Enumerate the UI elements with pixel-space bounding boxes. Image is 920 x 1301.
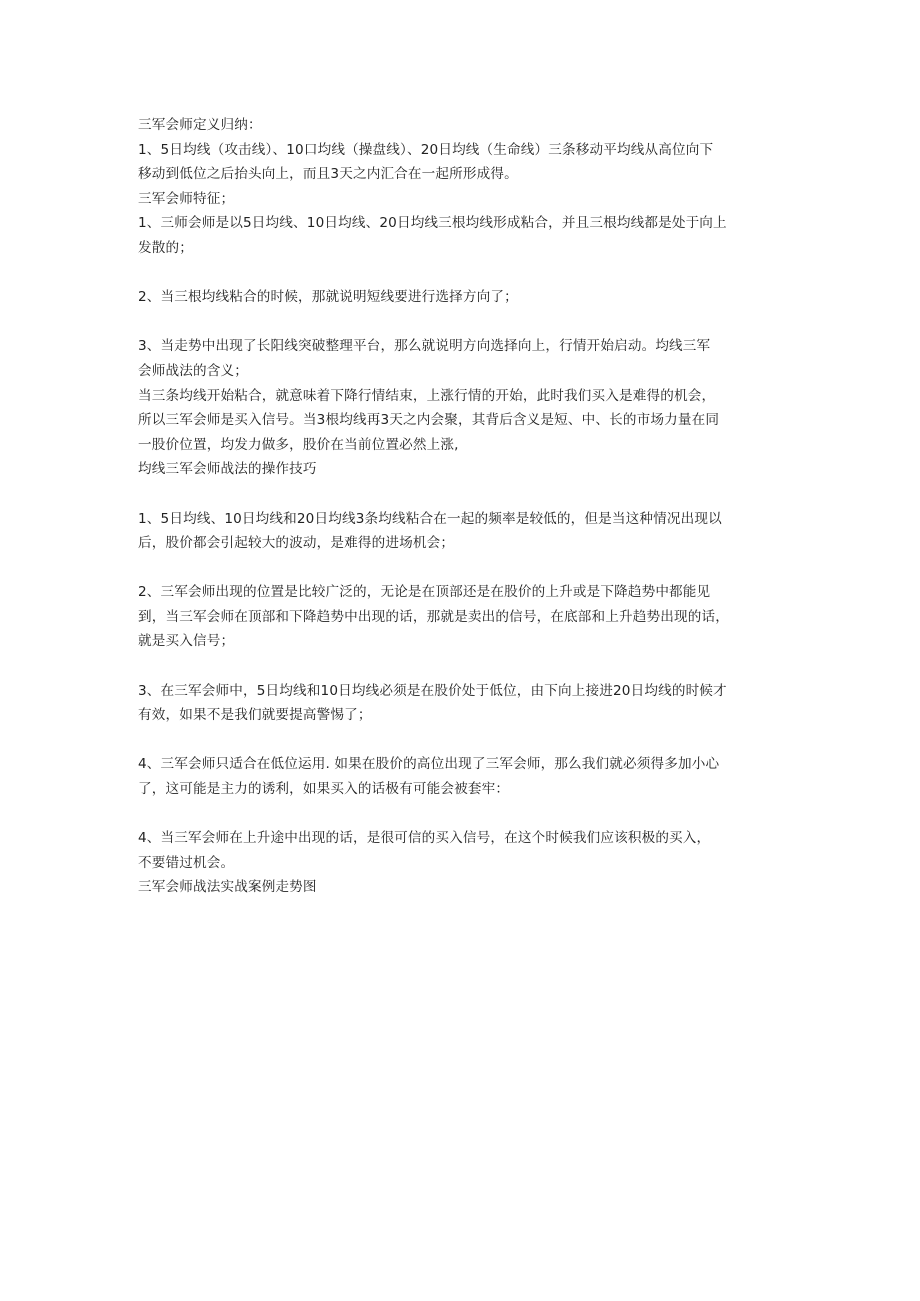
heading-definition: 三军会师定义归纳： (138, 113, 798, 138)
technique-2-line-2: 到，当三军会师在顶部和下降趋势中出现的话，那就是卖出的信号，在底部和上升趋势出现… (138, 605, 798, 630)
technique-2-line-1: 2、三军会师出现的位置是比较广泛的，无论是在顶部还是在股价的上升或是下降趋势中都… (138, 580, 798, 605)
feature-3-line-2: 会师战法的含义； (138, 359, 798, 384)
feature-3-line-1: 3、当走势中出现了长阳线突破整理平台，那么就说明方向选择向上，行情开始启动。均线… (138, 334, 798, 359)
heading-features: 三军会师特征； (138, 187, 798, 212)
blank-line (138, 728, 798, 753)
blank-line (138, 261, 798, 286)
blank-line (138, 482, 798, 507)
blank-line (138, 802, 798, 827)
definition-line-2: 移动到低位之后抬头向上，而且3天之内汇合在一起所形成得。 (138, 162, 798, 187)
technique-1-line-2: 后，股价都会引起较大的波动，是难得的进场机会； (138, 531, 798, 556)
meaning-line-1: 当三条均线开始粘合，就意味着下降行情结束，上涨行情的开始，此时我们买入是难得的机… (138, 384, 798, 409)
technique-3-line-1: 3、在三军会师中，5日均线和10日均线必须是在股价处于低位，由下向上接进20日均… (138, 679, 798, 704)
technique-4-line-2: 了，这可能是主力的诱利，如果买入的话极有可能会被套牢： (138, 777, 798, 802)
feature-1-line-1: 1、三师会师是以5日均线、10日均线、20日均线三根均线形成粘合，并且三根均线都… (138, 211, 798, 236)
technique-5-line-2: 不要错过机会。 (138, 851, 798, 876)
technique-2-line-3: 就是买入信号； (138, 629, 798, 654)
blank-line (138, 310, 798, 335)
document-page: 三军会师定义归纳： 1、5日均线（攻击线）、10口均线（操盘线）、20日均线（生… (138, 113, 798, 900)
technique-3-line-2: 有效，如果不是我们就要提高警惕了； (138, 703, 798, 728)
technique-5-line-1: 4、当三军会师在上升途中出现的话，是很可信的买入信号，在这个时候我们应该积极的买… (138, 826, 798, 851)
blank-line (138, 556, 798, 581)
technique-4-line-1: 4、三军会师只适合在低位运用. 如果在股价的高位出现了三军会师，那么我们就必须得… (138, 752, 798, 777)
meaning-line-2: 所以三军会师是买入信号。当3根均线再3天之内会聚，其背后含义是短、中、长的市场力… (138, 408, 798, 433)
definition-line-1: 1、5日均线（攻击线）、10口均线（操盘线）、20日均线（生命线）三条移动平均线… (138, 138, 798, 163)
heading-case-chart: 三军会师战法实战案例走势图 (138, 875, 798, 900)
feature-2: 2、当三根均线粘合的时候，那就说明短线要进行选择方向了； (138, 285, 798, 310)
blank-line (138, 654, 798, 679)
heading-techniques: 均线三军会师战法的操作技巧 (138, 457, 798, 482)
feature-1-line-2: 发散的； (138, 236, 798, 261)
technique-1-line-1: 1、5日均线、10日均线和20日均线3条均线粘合在一起的频率是较低的，但是当这种… (138, 507, 798, 532)
meaning-line-3: 一股价位置，均发力做多，股价在当前位置必然上涨, (138, 433, 798, 458)
